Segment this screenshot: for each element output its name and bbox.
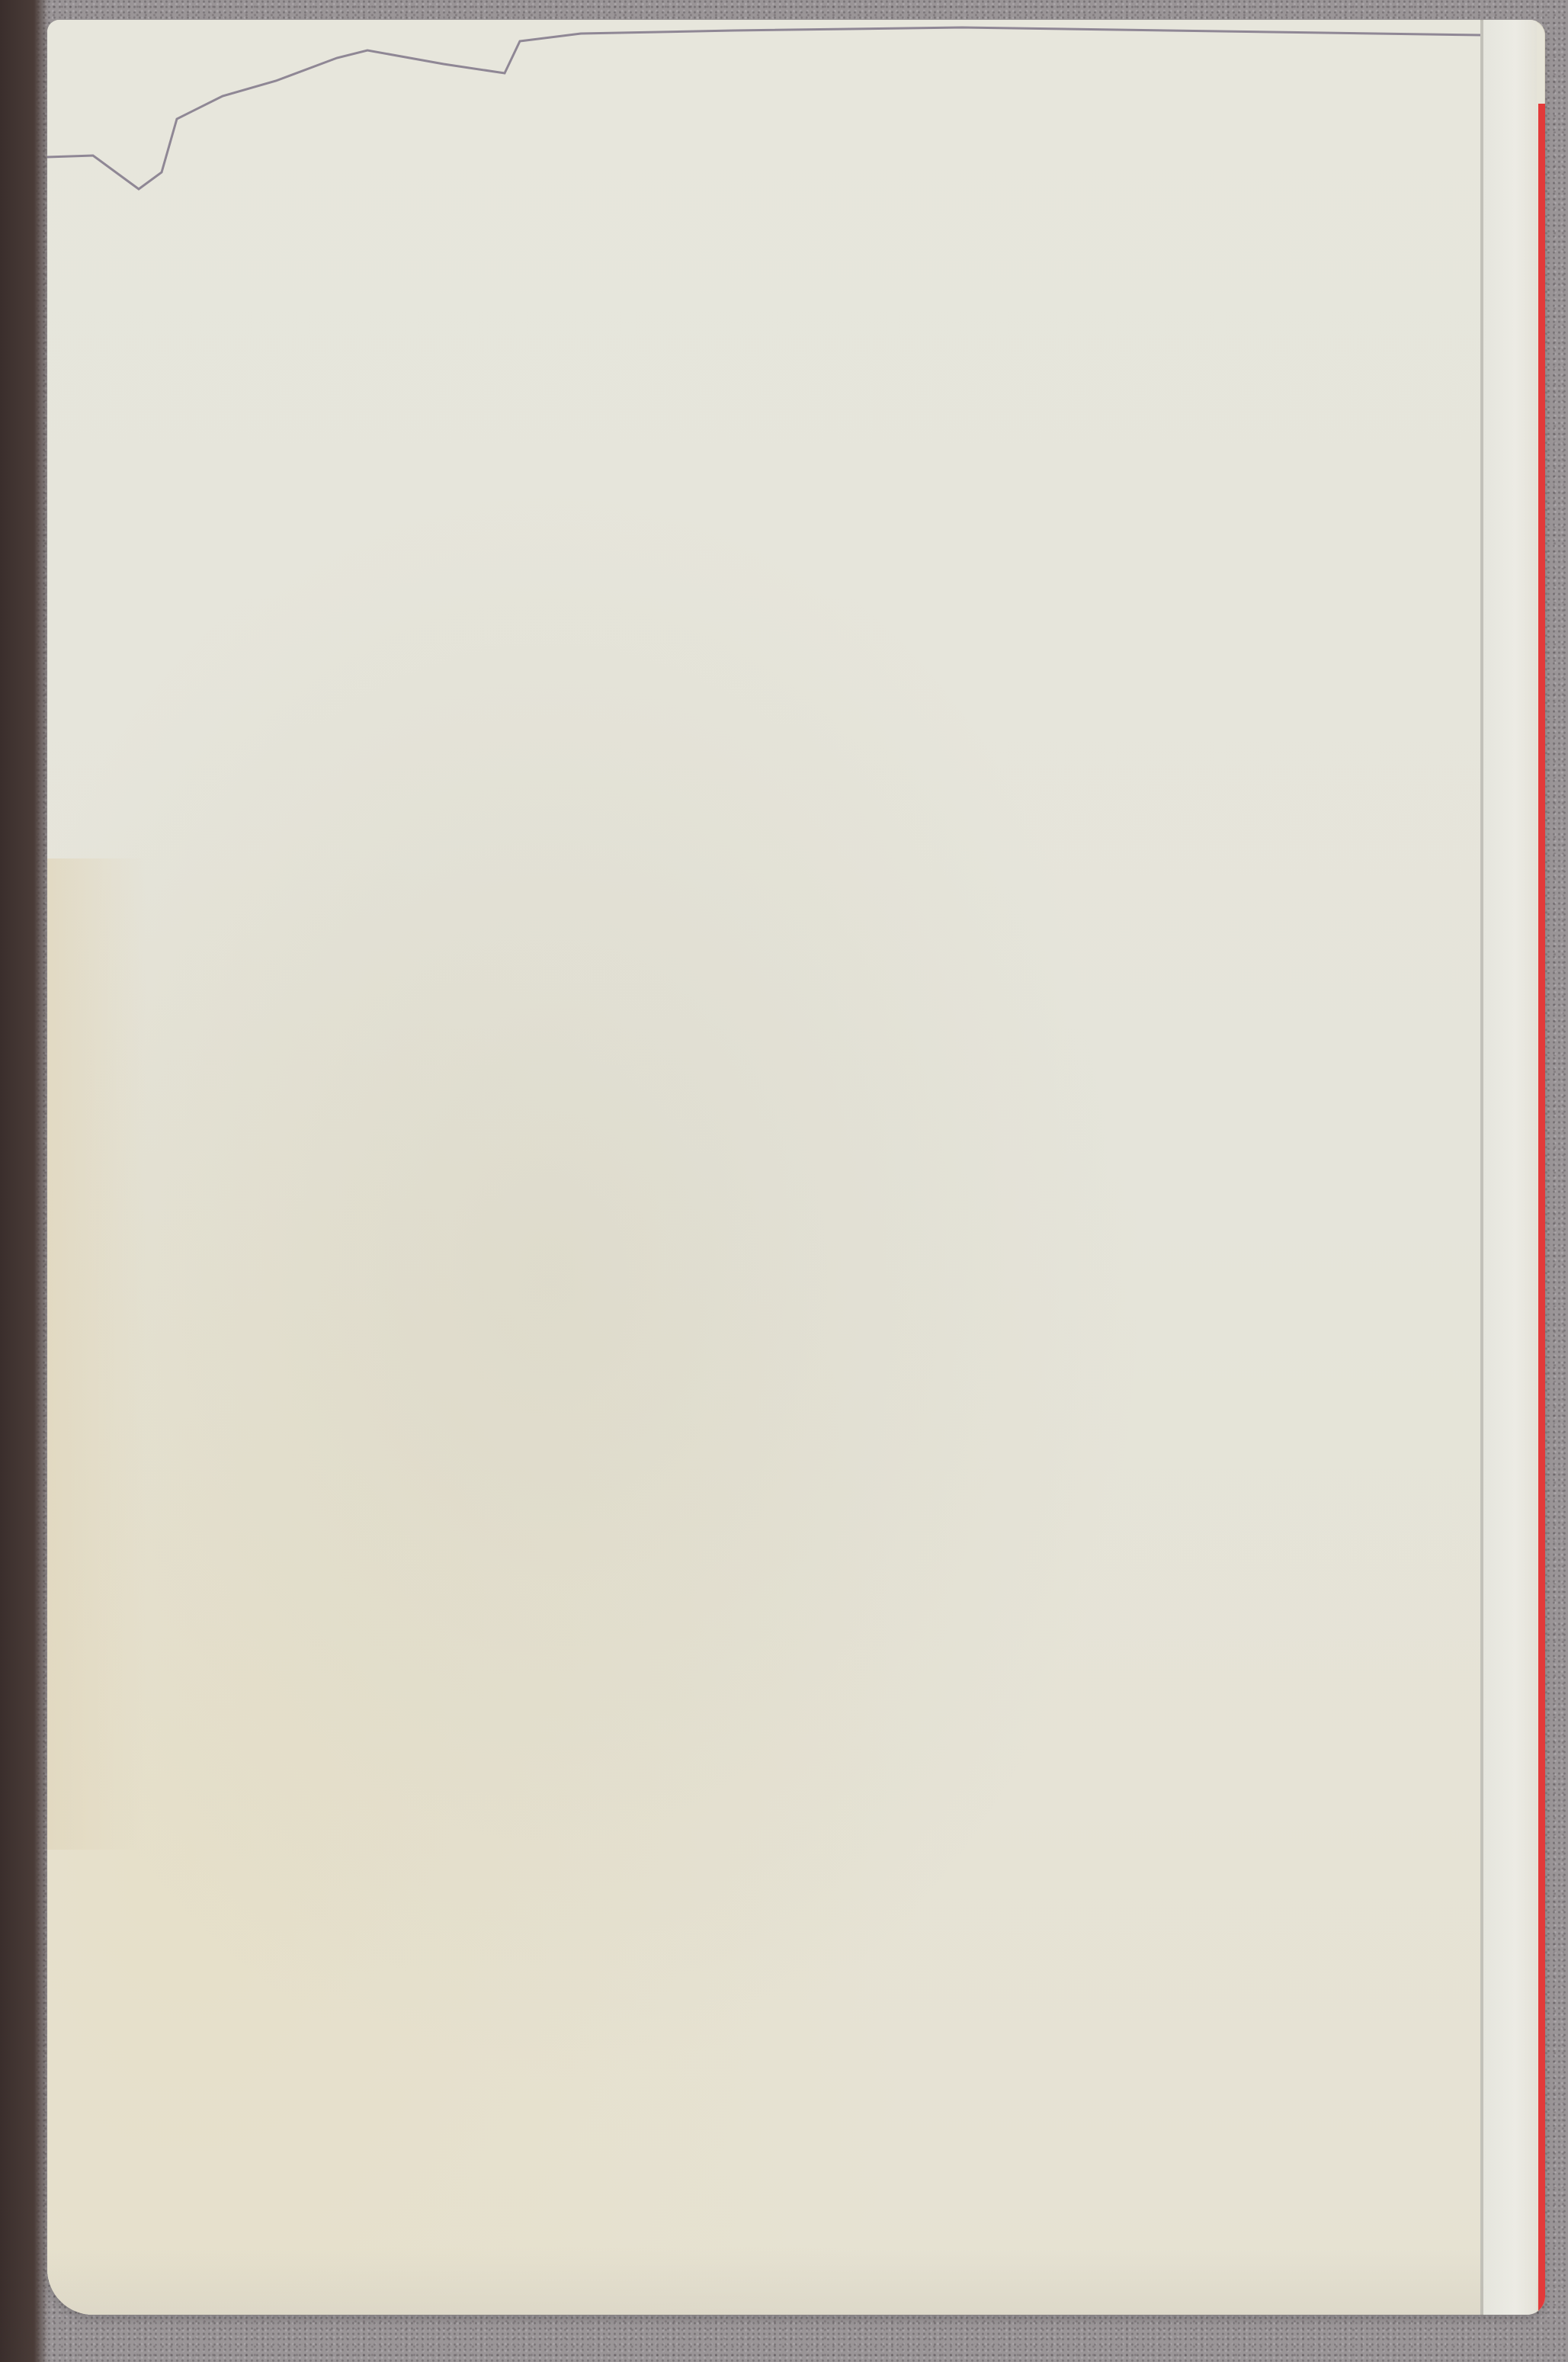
shadow-strip bbox=[0, 0, 49, 2362]
cover-panel bbox=[47, 20, 1480, 2315]
torn-top-edge bbox=[47, 20, 1545, 203]
spine bbox=[1483, 20, 1537, 2315]
book-back-cover bbox=[47, 20, 1545, 2315]
worn-bottom-edge bbox=[47, 2246, 1545, 2315]
worn-left-edge bbox=[47, 858, 146, 1850]
red-page-edge bbox=[1538, 104, 1545, 2315]
